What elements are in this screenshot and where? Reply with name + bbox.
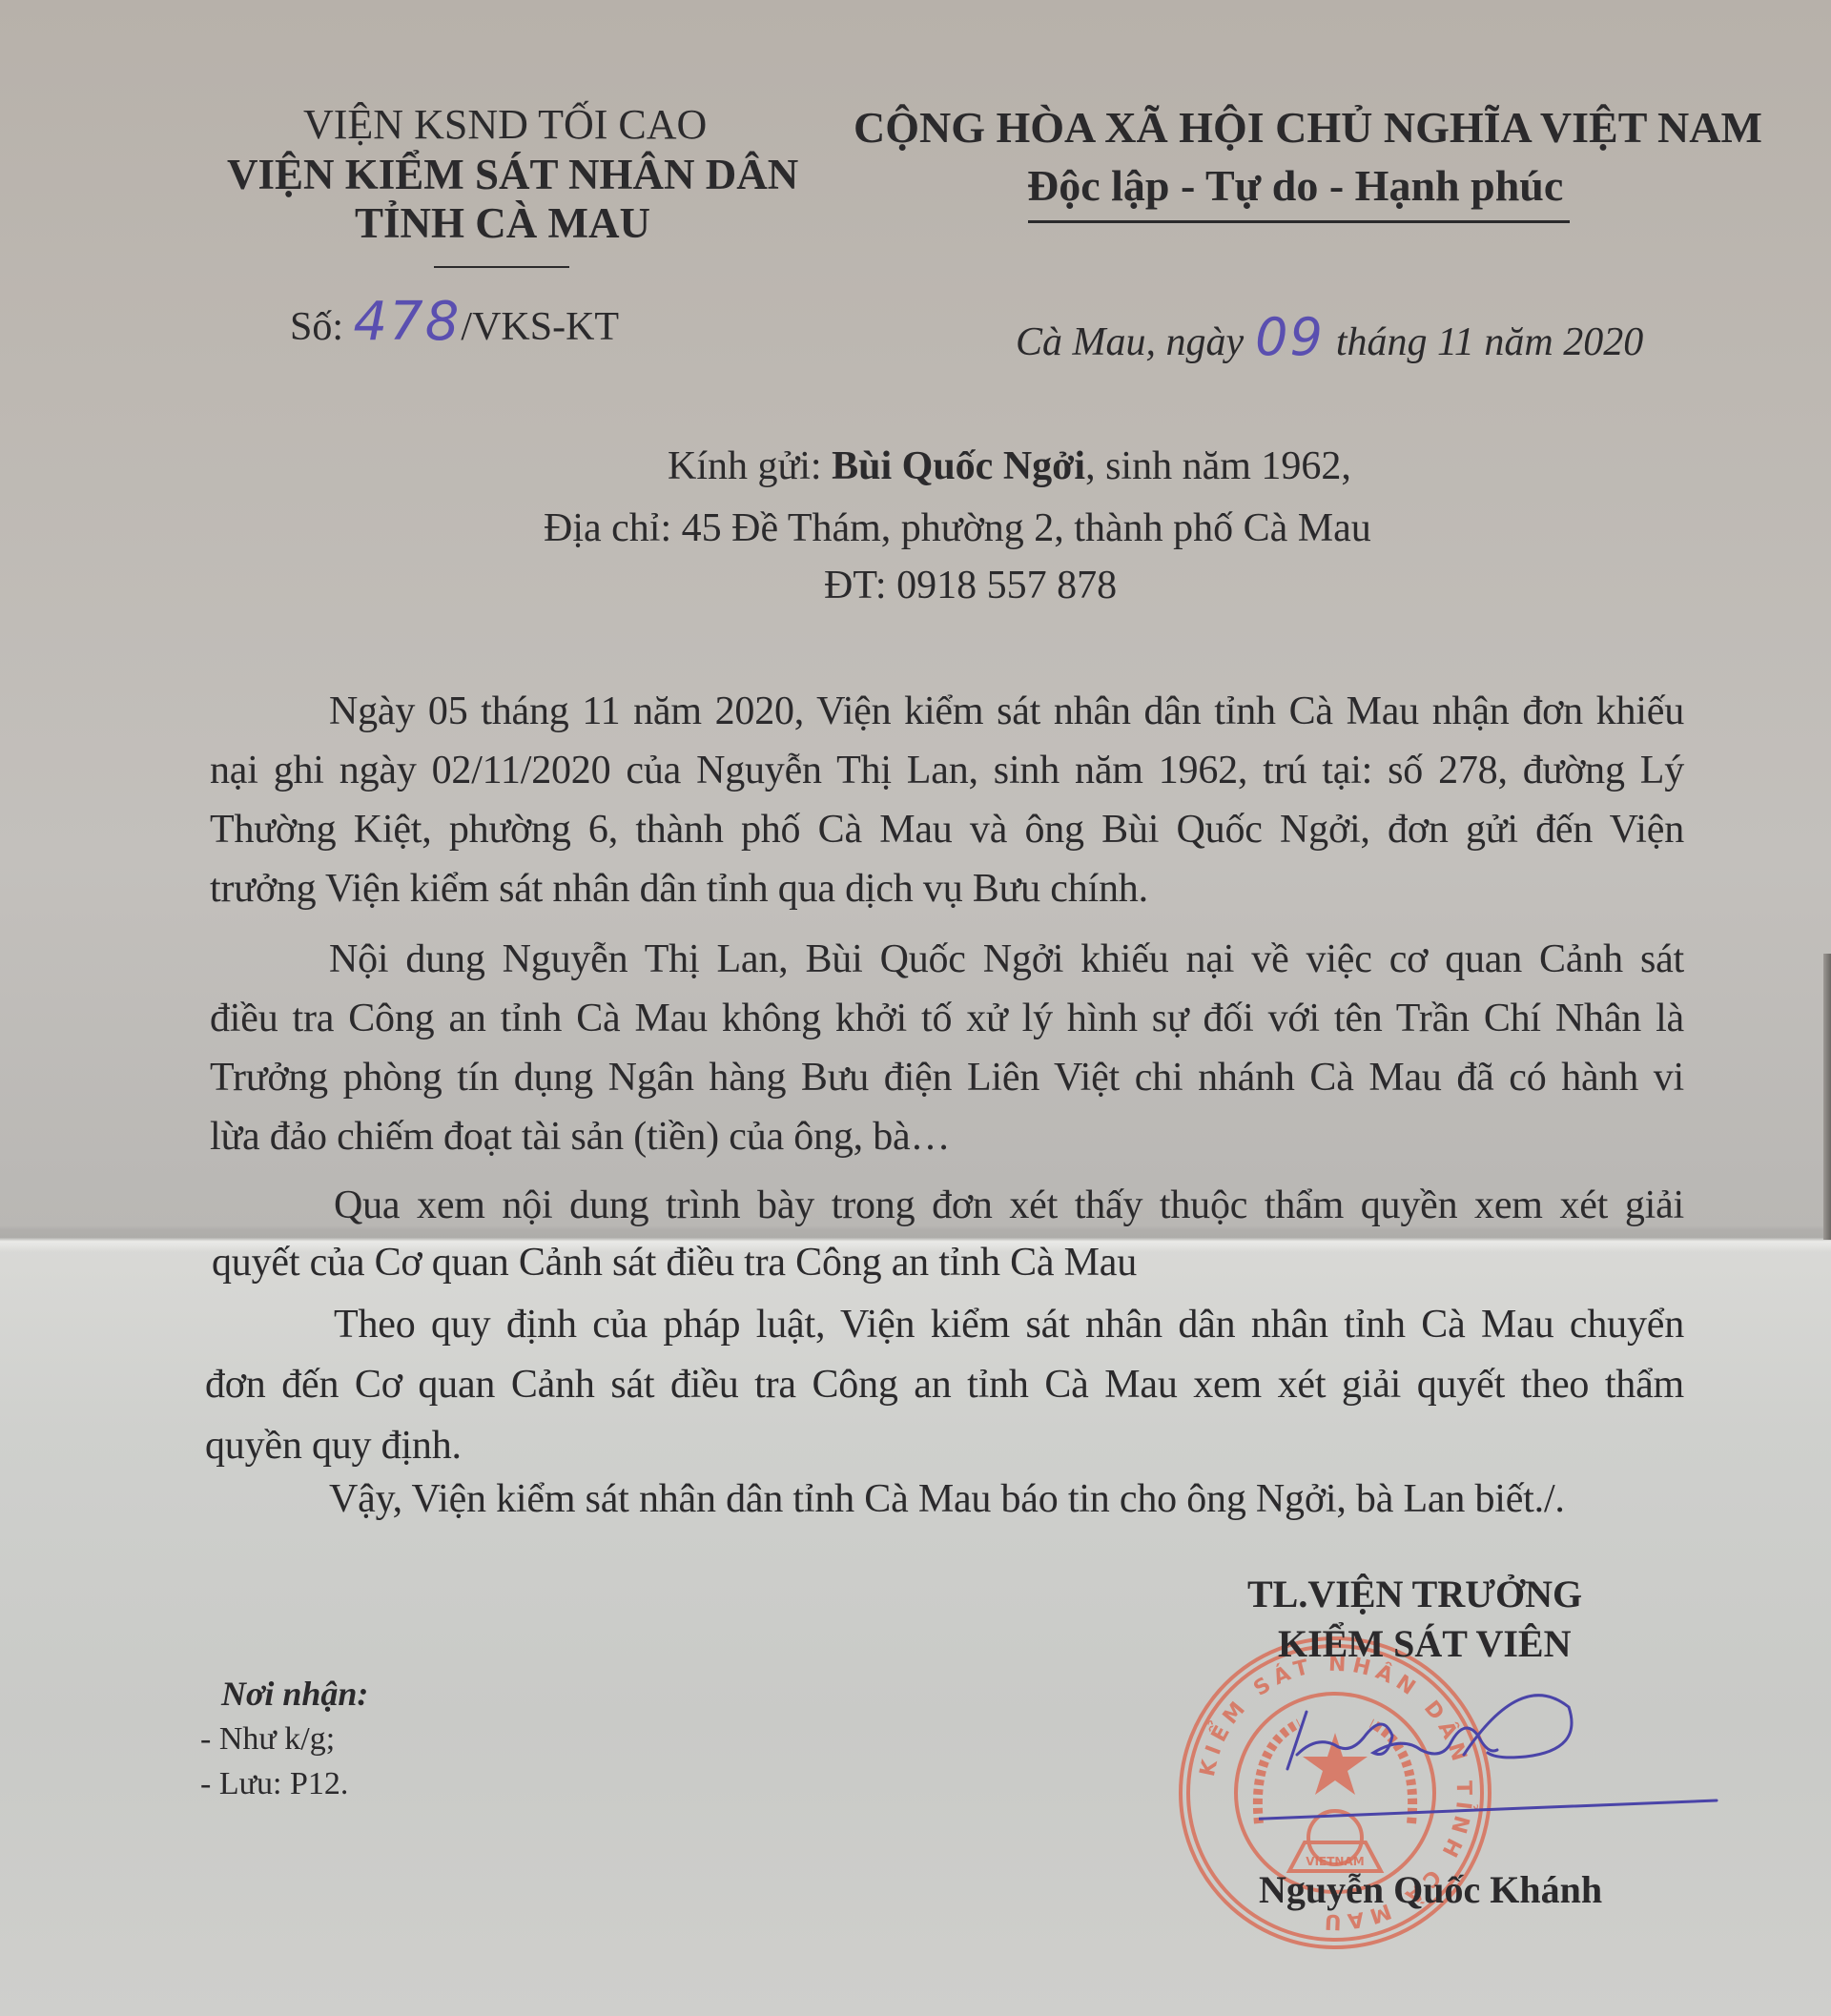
body-line: Ngày 05 tháng 11 năm 2020, Viện kiểm sát… [329,689,1684,734]
body-line: Qua xem nội dung trình bày trong đơn xét… [334,1183,1684,1228]
body-line: đơn đến Cơ quan Cảnh sát điều tra Công a… [205,1362,1684,1408]
recipients-list-item: - Lưu: P12. [200,1766,348,1802]
national-title: CỘNG HÒA XÃ HỘI CHỦ NGHĨA VIỆT NAM [854,102,1762,153]
svg-text:VIETNAM: VIETNAM [1306,1855,1364,1868]
recipient-label: Kính gửi: [668,444,832,488]
recipients-list-item: - Như k/g; [200,1721,335,1758]
signatory-name: Nguyễn Quốc Khánh [1259,1867,1602,1912]
recipients-list-title: Nơi nhận: [221,1674,368,1714]
recipient-address: Địa chỉ: 45 Đề Thám, phường 2, thành phố… [544,505,1371,551]
body-line: Nội dung Nguyễn Thị Lan, Bùi Quốc Ngởi k… [329,936,1684,982]
recipient-name: Bùi Quốc Ngởi [832,444,1085,488]
recipient-phone: ĐT: 0918 557 878 [824,563,1117,608]
body-line: lừa đảo chiếm đoạt tài sản (tiền) của ôn… [210,1114,950,1160]
date-suffix: tháng 11 năm 2020 [1336,320,1643,364]
agency-parent: VIỆN KSND TỐI CAO [303,100,707,149]
document-number-handwritten: 478 [354,291,462,353]
body-line: nại ghi ngày 02/11/2020 của Nguyễn Thị L… [210,748,1684,793]
underlying-sheet-edge [1823,954,1831,1240]
date-prefix: Cà Mau, ngày [1016,320,1244,364]
handwritten-signature-icon [1259,1678,1736,1821]
body-line: Thường Kiệt, phường 6, thành phố Cà Mau … [210,807,1684,853]
body-line: điều tra Công an tỉnh Cà Mau không khởi … [210,996,1684,1041]
agency-name: VIỆN KIỂM SÁT NHÂN DÂN [227,150,798,199]
body-line: Trưởng phòng tín dụng Ngân hàng Bưu điện… [210,1055,1684,1101]
body-line: trưởng Viện kiểm sát nhân dân tỉnh qua d… [210,866,1148,912]
signature-title: TL.VIỆN TRƯỞNG [1247,1572,1582,1616]
national-motto: Độc lập - Tự do - Hạnh phúc [1027,160,1563,211]
signature-role: KIỂM SÁT VIÊN [1278,1621,1572,1666]
document-number-suffix: /VKS-KT [461,305,619,349]
recipient-birth: , sinh năm 1962, [1085,444,1351,488]
body-line: quyền quy định. [205,1423,462,1469]
body-line: Vậy, Viện kiểm sát nhân dân tỉnh Cà Mau … [329,1476,1565,1522]
document-number: Số: 478/VKS-KT [290,291,619,353]
document-number-label: Số: [290,305,354,349]
agency-province: TỈNH CÀ MAU [355,198,650,248]
recipient-line: Kính gửi: Bùi Quốc Ngởi, sinh năm 1962, [668,443,1351,489]
date-day-handwritten: 09 [1255,307,1325,367]
body-line: quyết của Cơ quan Cảnh sát điều tra Công… [212,1240,1137,1286]
body-line: Theo quy định của pháp luật, Viện kiểm s… [334,1302,1684,1347]
document-date: Cà Mau, ngày09tháng 11 năm 2020 [1016,307,1643,367]
motto-underline [1028,220,1570,223]
header-left-rule [434,266,569,268]
